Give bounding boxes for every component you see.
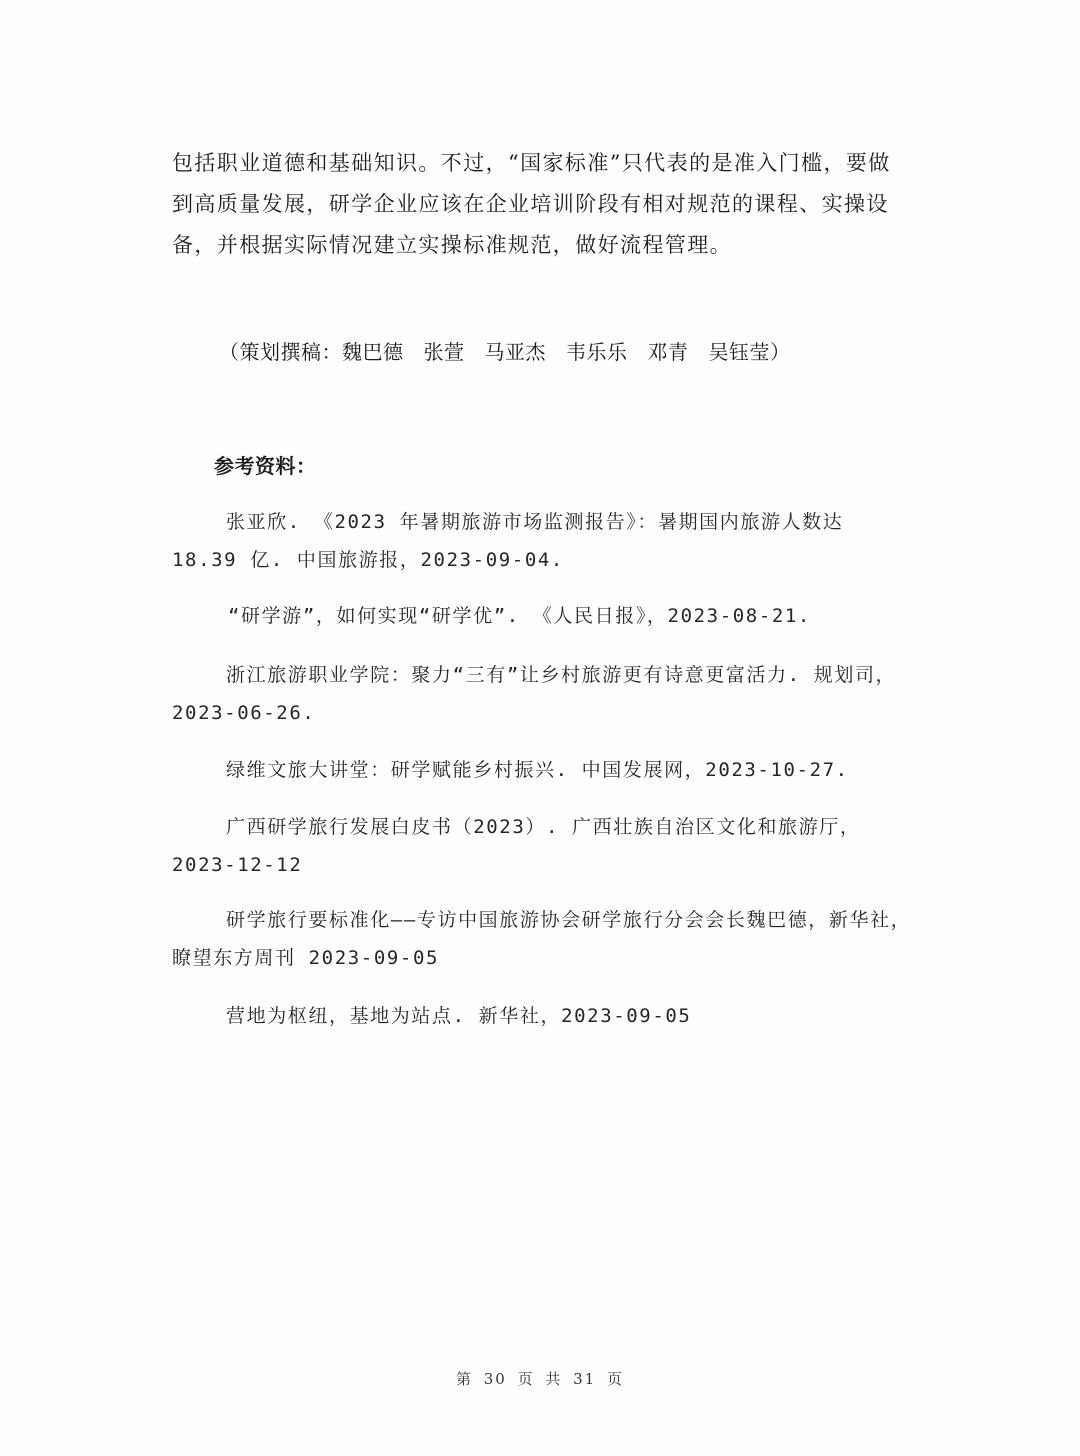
- credit-name: 吴钰莹: [709, 340, 771, 364]
- document-page: 包括职业道德和基础知识。不过，“国家标准”只代表的是准入门槛，要做到高质量发展，…: [0, 0, 1080, 1456]
- credit-name: 马亚杰: [485, 340, 547, 364]
- reference-item: 广西研学旅行发展白皮书（2023）. 广西壮族自治区文化和旅游厅，2023-12…: [172, 808, 912, 884]
- credits-prefix: （策划撰稿：: [219, 340, 342, 364]
- credits-suffix: ）: [770, 340, 791, 364]
- reference-item: 绿维文旅大讲堂：研学赋能乡村振兴. 中国发展网，2023-10-27.: [172, 751, 912, 789]
- body-paragraph: 包括职业道德和基础知识。不过，“国家标准”只代表的是准入门槛，要做到高质量发展，…: [172, 143, 912, 266]
- credit-name: 韦乐乐: [566, 340, 628, 364]
- credit-name: 邓青: [648, 340, 689, 364]
- credit-name: 魏巴德: [342, 340, 404, 364]
- reference-item: “研学游”，如何实现“研学优”. 《人民日报》，2023-08-21.: [172, 597, 912, 635]
- page-number-footer: 第 30 页 共 31 页: [0, 1368, 1080, 1389]
- reference-item: 研学旅行要标准化——专访中国旅游协会研学旅行分会会长魏巴德，新华社，瞭望东方周刊…: [172, 901, 912, 977]
- reference-item: 张亚欣. 《2023 年暑期旅游市场监测报告》：暑期国内旅游人数达 18.39 …: [172, 503, 912, 579]
- credit-name: 张萱: [424, 340, 465, 364]
- references-heading: 参考资料：: [214, 450, 317, 479]
- credits-line: （策划撰稿：魏巴德张萱马亚杰韦乐乐邓青吴钰莹）: [219, 336, 791, 365]
- reference-item: 浙江旅游职业学院：聚力“三有”让乡村旅游更有诗意更富活力. 规划司，2023-0…: [172, 656, 912, 732]
- reference-item: 营地为枢纽，基地为站点. 新华社，2023-09-05: [172, 997, 912, 1035]
